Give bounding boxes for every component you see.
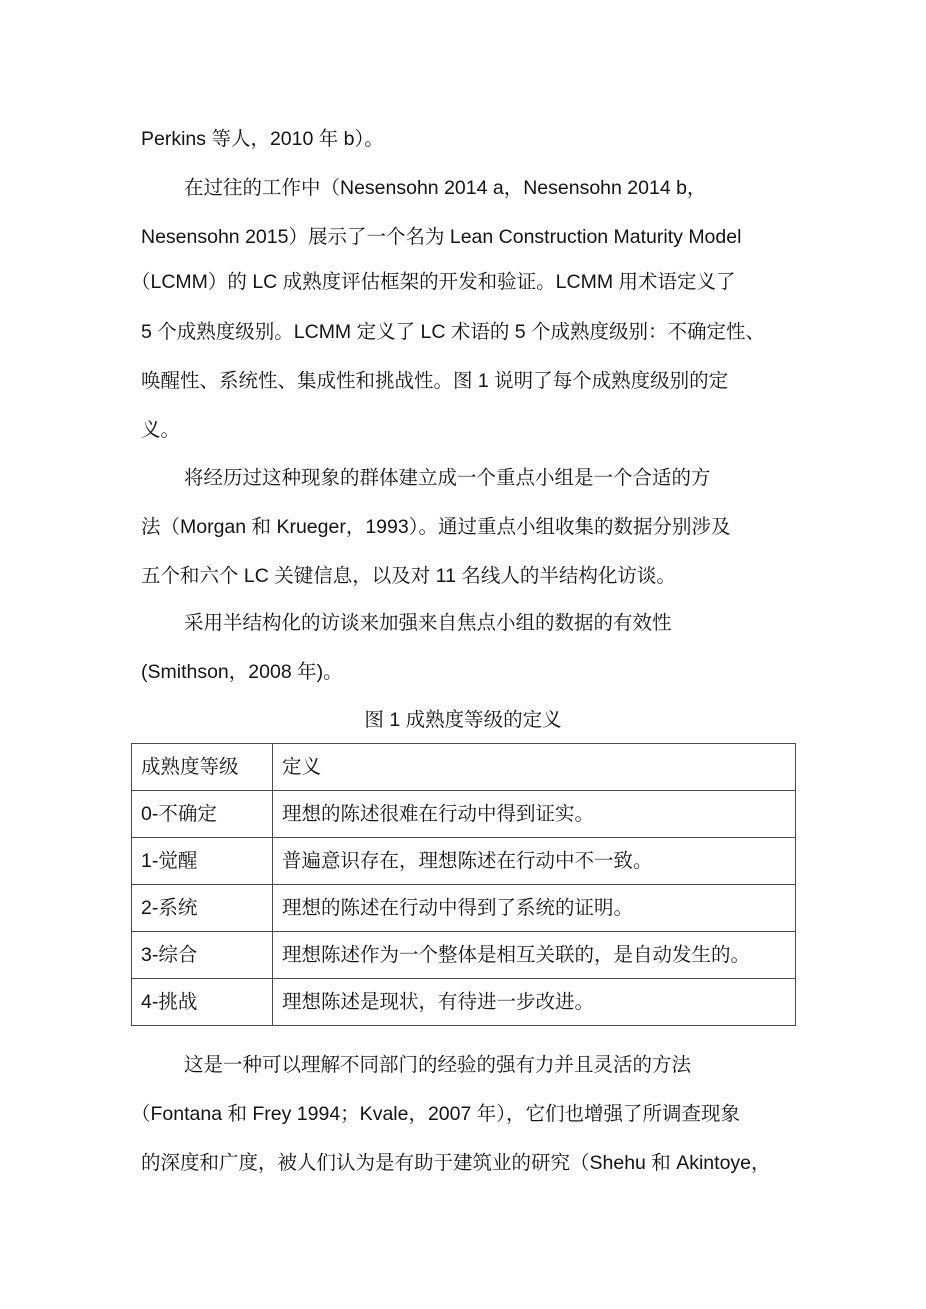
text-line: 5 个成熟度级别。LCMM 定义了 LC 术语的 5 个成熟度级别：不确定性、 (141, 320, 765, 344)
definition-cell: 理想的陈述在行动中得到了系统的证明。 (273, 885, 796, 932)
text-line: 将经历过这种现象的群体建立成一个重点小组是一个合适的方 (184, 466, 711, 490)
text-line: 在过往的工作中（Nesensohn 2014 a，Nesensohn 2014 … (184, 176, 706, 200)
level-cell: 1-觉醒 (132, 838, 273, 885)
table-row: 3-综合 理想陈述作为一个整体是相互关联的，是自动发生的。 (132, 932, 796, 979)
table-row: 1-觉醒 普遍意识存在，理想陈述在行动中不一致。 (132, 838, 796, 885)
text-line: 这是一种可以理解不同部门的经验的强有力并且灵活的方法 (184, 1053, 691, 1077)
table-row: 4-挑战 理想陈述是现状，有待进一步改进。 (132, 979, 796, 1026)
level-cell: 2-系统 (132, 885, 273, 932)
text-line: （Fontana 和 Frey 1994；Kvale，2007 年），它们也增强… (131, 1102, 740, 1126)
level-cell: 0-不确定 (132, 791, 273, 838)
maturity-level-table: 成熟度等级 定义 0-不确定 理想的陈述很难在行动中得到证实。 1-觉醒 普遍意… (131, 743, 796, 1026)
text-line: 采用半结构化的访谈来加强来自焦点小组的数据的有效性 (184, 611, 672, 635)
text-line: (Smithson，2008 年)。 (141, 660, 343, 684)
definition-cell: 理想陈述作为一个整体是相互关联的，是自动发生的。 (273, 932, 796, 979)
definition-cell: 理想陈述是现状，有待进一步改进。 (273, 979, 796, 1026)
table-header-cell: 定义 (273, 744, 796, 791)
table-header-cell: 成熟度等级 (132, 744, 273, 791)
text-line: 五个和六个 LC 关键信息，以及对 11 名线人的半结构化访谈。 (141, 564, 676, 588)
table-row: 2-系统 理想的陈述在行动中得到了系统的证明。 (132, 885, 796, 932)
text-line: 唤醒性、系统性、集成性和挑战性。图 1 说明了每个成熟度级别的定 (141, 369, 728, 393)
figure-caption: 图 1 成熟度等级的定义 (0, 708, 926, 732)
text-line: 义。 (141, 418, 180, 442)
definition-cell: 理想的陈述很难在行动中得到证实。 (273, 791, 796, 838)
text-line: （LCMM）的 LC 成熟度评估框架的开发和验证。LCMM 用术语定义了 (131, 270, 736, 294)
text-line: 的深度和广度，被人们认为是有助于建筑业的研究（Shehu 和 Akintoye， (141, 1151, 771, 1175)
document-page: Perkins 等人，2010 年 b）。 在过往的工作中（Nesensohn … (0, 0, 926, 1309)
table-row: 0-不确定 理想的陈述很难在行动中得到证实。 (132, 791, 796, 838)
level-cell: 4-挑战 (132, 979, 273, 1026)
level-cell: 3-综合 (132, 932, 273, 979)
text-line: Perkins 等人，2010 年 b）。 (141, 127, 384, 151)
text-line: 法（Morgan 和 Krueger，1993）。通过重点小组收集的数据分别涉及 (141, 515, 730, 539)
definition-cell: 普遍意识存在，理想陈述在行动中不一致。 (273, 838, 796, 885)
text-line: Nesensohn 2015）展示了一个名为 Lean Construction… (141, 225, 741, 249)
table-header-row: 成熟度等级 定义 (132, 744, 796, 791)
